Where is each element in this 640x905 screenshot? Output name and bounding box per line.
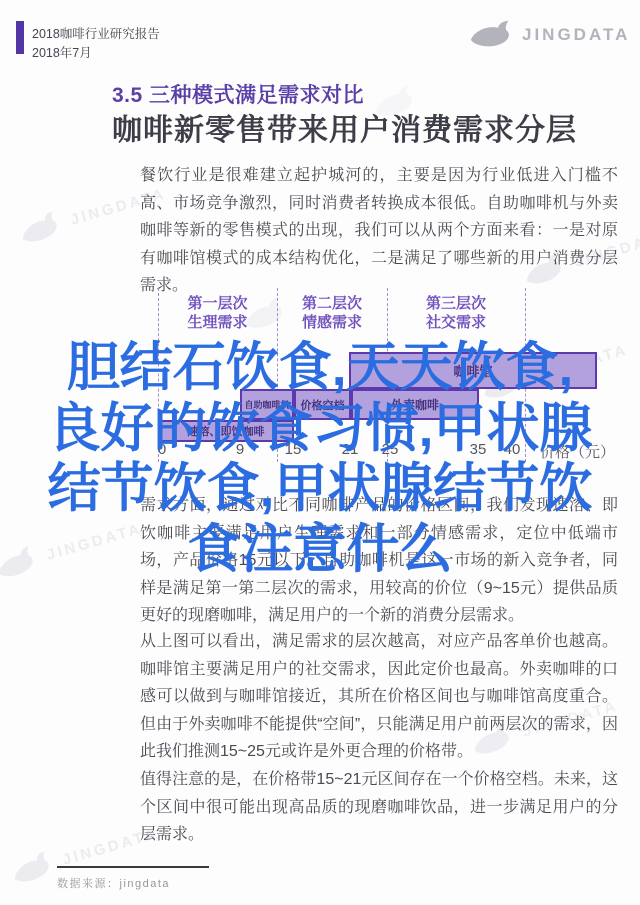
report-title: 2018咖啡行业研究报告 — [32, 24, 160, 42]
level-2-line2: 情感需求 — [277, 313, 387, 332]
logo-text: JINGDATA — [522, 25, 630, 45]
level-1-line1: 第一层次 — [158, 294, 277, 313]
report-date: 2018年7月 — [32, 43, 92, 61]
page-title: 咖啡新零售带来用户消费需求分层 — [112, 105, 577, 149]
overlay-line-2: 良好的饮食习惯,甲状腺 — [0, 399, 640, 460]
paragraph-price-gap-note: 值得注意的是，在价格带15~21元区间存在一个价格空档。未来，这个区间中很可能出… — [140, 766, 618, 849]
report-page: JINGDATA JINGDATA JINGDATA JINGDATA JING… — [0, 0, 640, 905]
jingdata-logo: JINGDATA — [468, 20, 630, 50]
paragraph-price-tiers: 从上图可以看出，满足需求的层次越高，对应产品客单价也越高。咖啡馆主要满足用户的社… — [140, 628, 618, 766]
overlay-line-1: 胆结石饮食,天天饮食, — [0, 338, 640, 399]
whale-logo-icon — [468, 20, 514, 50]
blue-overlay-text: 胆结石饮食,天天饮食, 良好的饮食习惯,甲状腺 结节饮食,甲状腺结节饮 食注意什… — [0, 338, 640, 580]
footer-divider — [57, 866, 209, 868]
level-2-line1: 第二层次 — [277, 294, 387, 313]
level-3-line1: 第三层次 — [387, 294, 525, 313]
header-accent-bar — [16, 21, 24, 54]
overlay-line-3: 结节饮食,甲状腺结节饮 — [0, 459, 640, 520]
level-1-header: 第一层次 生理需求 — [158, 294, 277, 332]
level-3-header: 第三层次 社交需求 — [387, 294, 525, 332]
level-1-line2: 生理需求 — [158, 313, 277, 332]
overlay-line-4: 食注意什么 — [0, 520, 640, 581]
level-2-header: 第二层次 情感需求 — [277, 294, 387, 332]
data-source: 数据来源：jingdata — [57, 875, 170, 891]
level-3-line2: 社交需求 — [387, 313, 525, 332]
whale-icon — [15, 209, 65, 248]
whale-icon — [7, 849, 57, 888]
paragraph-intro: 餐饮行业是很难建立起护城河的，主要是因为行业低进入门槛不高、市场竞争激烈，同时消… — [140, 162, 618, 300]
